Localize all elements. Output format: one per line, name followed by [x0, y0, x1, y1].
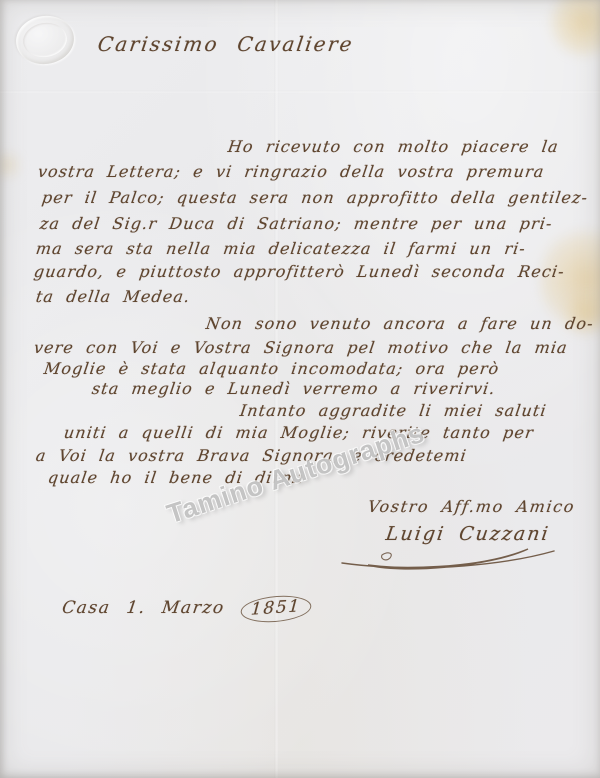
- horizontal-fold-crease: [0, 90, 600, 94]
- body-line-14: a Voi la vostra Brava Signora, e credete…: [35, 446, 469, 465]
- body-line-10: Moglie è stata alquanto incomodata; ora …: [43, 359, 501, 378]
- greeting-line: Carissimo Cavaliere: [96, 32, 355, 56]
- foxing-stain-top-right: [547, 0, 600, 58]
- letter-page: Carissimo Cavaliere Ho ricevuto con molt…: [0, 0, 600, 778]
- body-line-5: ma sera sta nella mia delicatezza il far…: [35, 239, 528, 258]
- body-line-2: vostra Lettera; e vi ringrazio della vos…: [37, 162, 546, 181]
- body-line-8: Non sono venuto ancora a fare un do-: [205, 314, 595, 333]
- signature-flourish: [330, 541, 562, 573]
- body-line-6: guardo, e piuttosto approfitterò Lunedì …: [33, 262, 566, 281]
- closing-line: Vostro Aff.mo Amico: [367, 497, 577, 516]
- date-place-text: Casa 1. Marzo: [61, 598, 227, 618]
- date-line: Casa 1. Marzo 1851: [60, 596, 312, 622]
- body-line-11: sta meglio e Lunedì verremo a riverirvi.: [91, 379, 497, 398]
- body-line-7: ta della Medea.: [35, 287, 192, 306]
- body-line-4: za del Sig.r Duca di Satriano; mentre pe…: [39, 214, 554, 233]
- date-year-circled: 1851: [240, 594, 312, 625]
- body-line-15: quale ho il bene di dirmi: [47, 468, 306, 487]
- body-line-13: uniti a quelli di mia Moglie; riverite t…: [63, 423, 536, 442]
- body-line-9: vere con Voi e Vostra Signora pel motivo…: [33, 338, 570, 357]
- body-line-1: Ho ricevuto con molto piacere la: [227, 137, 560, 156]
- body-line-3: per il Palco; questa sera non approfitto…: [41, 188, 590, 207]
- foxing-stain-left-edge: [0, 150, 24, 180]
- embossed-seal-icon: [13, 12, 77, 68]
- body-line-12: Intanto aggradite li miei saluti: [239, 401, 548, 420]
